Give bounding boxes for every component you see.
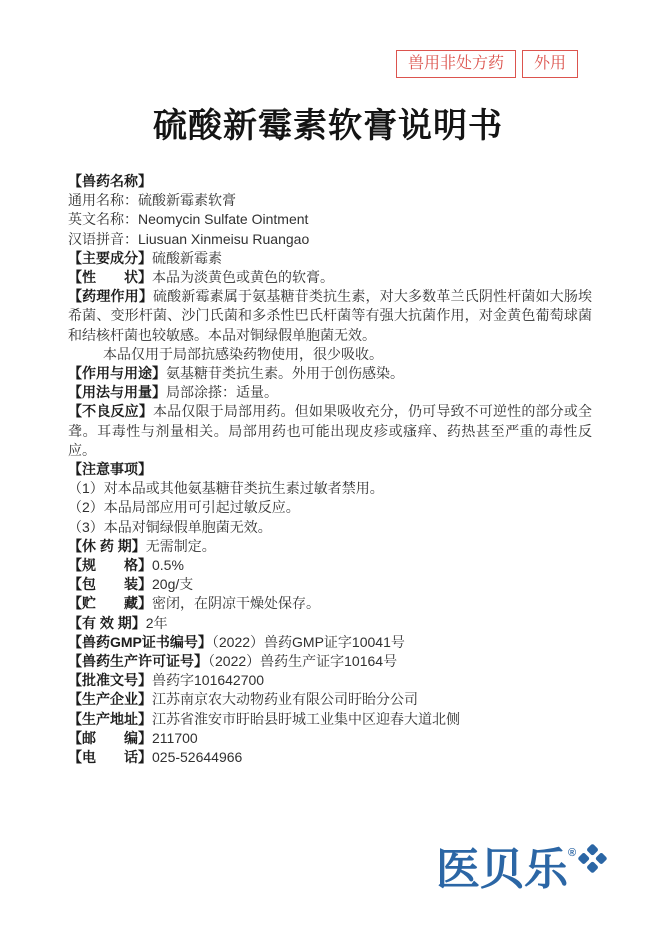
field-text: （3）本品对铜绿假单胞菌无效。 [68, 519, 272, 535]
field-text: 英文名称：Neomycin Sulfate Ointment [68, 211, 308, 227]
field-text: （2022）兽药GMP证字10041号 [212, 634, 405, 650]
field-text: 通用名称：硫酸新霉素软膏 [68, 192, 236, 208]
field-text: （1）对本品或其他氨基糖苷类抗生素过敏者禁用。 [68, 480, 384, 496]
field-row-drug-name: 【兽药名称】 [68, 172, 592, 191]
field-text: 无需制定。 [146, 538, 216, 554]
field-text: 氨基糖苷类抗生素。外用于创伤感染。 [166, 365, 404, 381]
field-row-precaution-3: （3）本品对铜绿假单胞菌无效。 [68, 518, 592, 537]
brand-logo-text: 医贝乐 [436, 845, 568, 895]
field-text: 局部涂搽：适量。 [166, 384, 278, 400]
field-row-address: 【生产地址】江苏省淮安市盱眙县盱城工业集中区迎春大道北侧 [68, 710, 592, 729]
field-row-postcode: 【邮 编】211700 [68, 729, 592, 748]
field-row-shelf-life: 【有 效 期】2年 [68, 614, 592, 633]
field-row-ingredients: 【主要成分】硫酸新霉素 [68, 249, 592, 268]
brand-logo: 医贝乐 ® [436, 845, 607, 895]
field-label: 【注意事项】 [68, 461, 152, 477]
field-row-production-license: 【兽药生产许可证号】（2022）兽药生产证字10164号 [68, 652, 592, 671]
field-row-precaution-2: （2）本品局部应用可引起过敏反应。 [68, 498, 592, 517]
field-label: 【兽药GMP证书编号】 [68, 634, 212, 650]
field-label: 【电 话】 [68, 749, 152, 765]
leaflet-body: 【兽药名称】 通用名称：硫酸新霉素软膏 英文名称：Neomycin Sulfat… [68, 172, 592, 767]
field-label: 【主要成分】 [68, 250, 152, 266]
field-row-pharmacology-note: 本品仅用于局部抗感染药物使用，很少吸收。 [68, 345, 592, 364]
field-label: 【生产企业】 [68, 691, 152, 707]
field-row-gmp-certificate: 【兽药GMP证书编号】（2022）兽药GMP证字10041号 [68, 633, 592, 652]
field-label: 【规 格】 [68, 557, 152, 573]
field-text: 本品仅用于局部抗感染药物使用，很少吸收。 [103, 346, 383, 362]
field-text: 本品为淡黄色或黄色的软膏。 [152, 269, 334, 285]
drug-leaflet-page: 兽用非处方药 外用 硫酸新霉素软膏说明书 【兽药名称】 通用名称：硫酸新霉素软膏… [0, 0, 656, 945]
field-row-strength: 【规 格】0.5% [68, 556, 592, 575]
field-row-generic-name: 通用名称：硫酸新霉素软膏 [68, 191, 592, 210]
field-row-pinyin: 汉语拼音：Liusuan Xinmeisu Ruangao [68, 230, 592, 249]
page-title: 硫酸新霉素软膏说明书 [0, 106, 656, 146]
field-text: 2年 [146, 615, 168, 631]
field-text: 江苏省淮安市盱眙县盱城工业集中区迎春大道北侧 [152, 711, 460, 727]
field-text: 025-52644966 [152, 749, 242, 765]
field-label: 【作用与用途】 [68, 365, 166, 381]
field-text: （2）本品局部应用可引起过敏反应。 [68, 499, 300, 515]
field-label: 【生产地址】 [68, 711, 152, 727]
field-label: 【批准文号】 [68, 672, 152, 688]
field-label: 【邮 编】 [68, 730, 152, 746]
field-text: 20g/支 [152, 576, 193, 592]
field-row-indications: 【作用与用途】氨基糖苷类抗生素。外用于创伤感染。 [68, 364, 592, 383]
field-label: 【兽药生产许可证号】 [68, 653, 208, 669]
field-label: 【不良反应】 [68, 403, 153, 419]
field-text: 211700 [152, 730, 198, 746]
field-row-dosage: 【用法与用量】局部涂搽：适量。 [68, 383, 592, 402]
field-text: 兽药字101642700 [152, 672, 264, 688]
field-text: 0.5% [152, 557, 184, 573]
field-row-phone: 【电 话】025-52644966 [68, 748, 592, 767]
field-text: 硫酸新霉素 [152, 250, 222, 266]
badge-group: 兽用非处方药 外用 [396, 50, 578, 78]
field-label: 【休 药 期】 [68, 538, 146, 554]
field-label: 【性 状】 [68, 269, 152, 285]
plus-cross-icon [578, 844, 607, 873]
field-row-english-name: 英文名称：Neomycin Sulfate Ointment [68, 210, 592, 229]
field-text: 汉语拼音：Liusuan Xinmeisu Ruangao [68, 231, 309, 247]
field-text: 江苏南京农大动物药业有限公司盱眙分公司 [152, 691, 418, 707]
field-row-adverse-reactions: 【不良反应】本品仅限于局部用药。但如果吸收充分，仍可导致不可逆性的部分或全聋。耳… [68, 402, 592, 460]
field-row-package: 【包 装】20g/支 [68, 575, 592, 594]
field-row-storage: 【贮 藏】密闭，在阴凉干燥处保存。 [68, 594, 592, 613]
badge-otc-veterinary: 兽用非处方药 [396, 50, 516, 78]
field-row-withdrawal-period: 【休 药 期】无需制定。 [68, 537, 592, 556]
field-label: 【药理作用】 [68, 288, 153, 304]
field-row-approval-number: 【批准文号】兽药字101642700 [68, 671, 592, 690]
field-label: 【贮 藏】 [68, 595, 152, 611]
field-row-pharmacology: 【药理作用】硫酸新霉素属于氨基糖苷类抗生素，对大多数革兰氏阴性杆菌如大肠埃希菌、… [68, 287, 592, 345]
field-label: 【用法与用量】 [68, 384, 166, 400]
field-text: （2022）兽药生产证字10164号 [208, 653, 397, 669]
field-row-precaution-1: （1）对本品或其他氨基糖苷类抗生素过敏者禁用。 [68, 479, 592, 498]
field-label: 【兽药名称】 [68, 173, 152, 189]
field-row-precautions: 【注意事项】 [68, 460, 592, 479]
field-label: 【有 效 期】 [68, 615, 146, 631]
field-label: 【包 装】 [68, 576, 152, 592]
field-text: 密闭，在阴凉干燥处保存。 [152, 595, 320, 611]
field-row-appearance: 【性 状】本品为淡黄色或黄色的软膏。 [68, 268, 592, 287]
registered-trademark-icon: ® [568, 848, 576, 859]
field-row-manufacturer: 【生产企业】江苏南京农大动物药业有限公司盱眙分公司 [68, 690, 592, 709]
badge-external-use: 外用 [522, 50, 578, 78]
